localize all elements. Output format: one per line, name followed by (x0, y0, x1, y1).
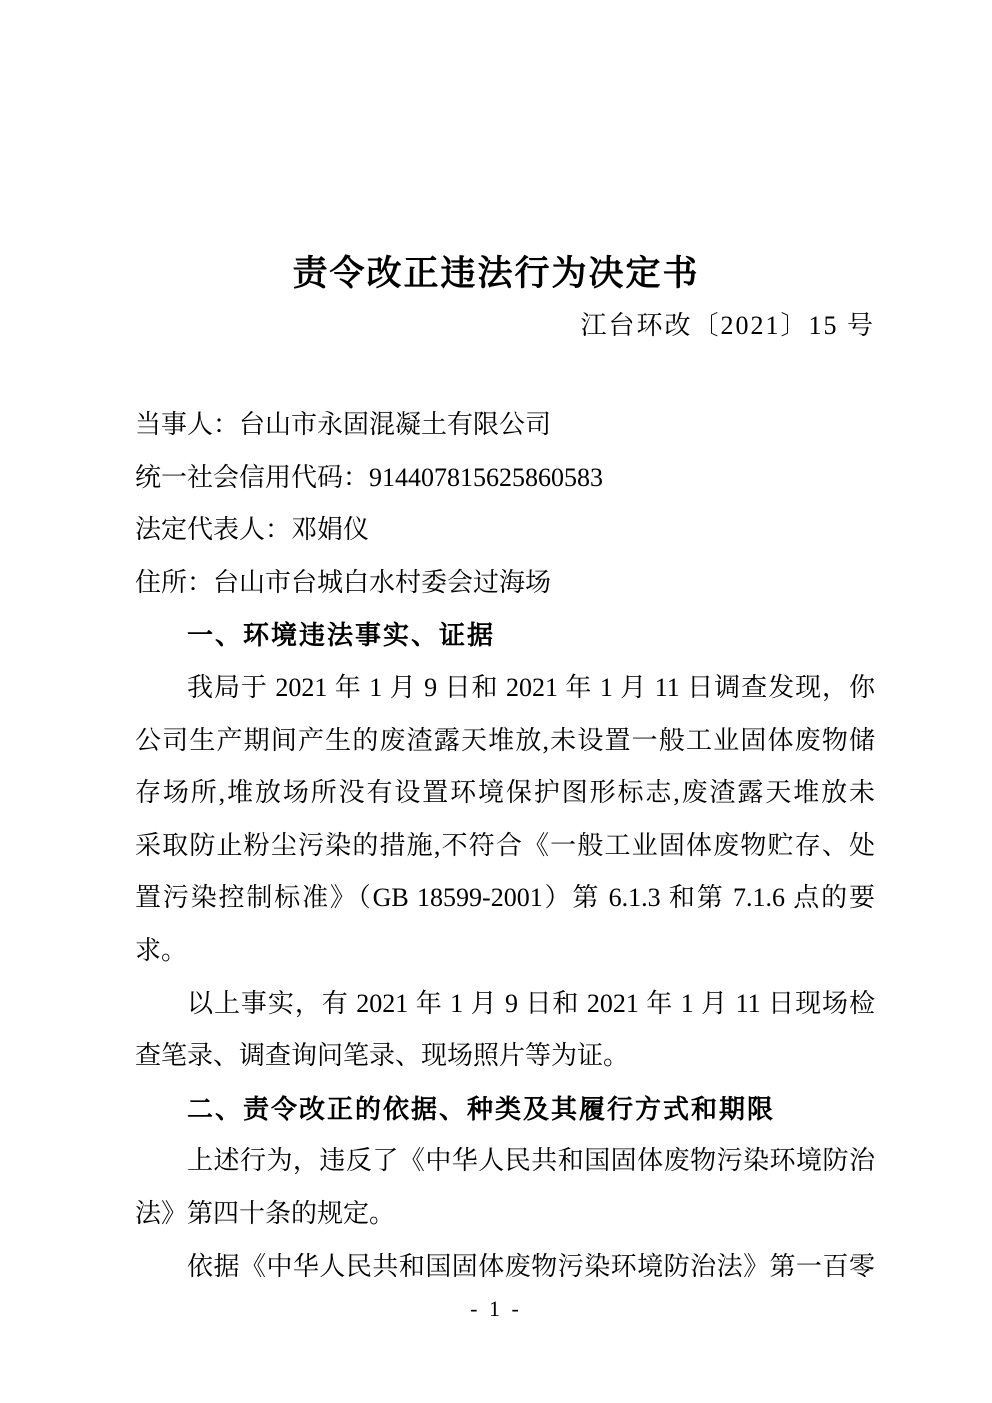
legal-representative-line: 法定代表人：邓娟仪 (135, 504, 875, 557)
document-number: 江台环改〔2021〕15 号 (580, 306, 875, 345)
section-2-para-2-line-1: 依据《中华人民共和国固体废物污染环境防治法》第一百零 (135, 1241, 875, 1294)
address-line: 住所：台山市台城白水村委会过海场 (135, 557, 875, 610)
section-1-para-1-line-5: 置污染控制标准》（GB 18599-2001）第 6.1.3 和第 7.1.6 … (135, 872, 875, 925)
section-1-para-1-line-6: 求。 (135, 925, 875, 978)
document-body: 当事人：台山市永固混凝土有限公司 统一社会信用代码：91440781562586… (135, 399, 875, 1293)
section-2-heading: 二、责令改正的依据、种类及其履行方式和期限 (135, 1083, 875, 1136)
section-1-para-2-line-2: 查笔录、调查询问笔录、现场照片等为证。 (135, 1030, 875, 1083)
section-1-para-1-line-2: 公司生产期间产生的废渣露天堆放,未设置一般工业固体废物储 (135, 715, 875, 768)
section-2-para-1-line-1: 上述行为，违反了《中华人民共和国固体废物污染环境防治 (135, 1135, 875, 1188)
credit-code-line: 统一社会信用代码：914407815625860583 (135, 452, 875, 505)
document-page: 责令改正违法行为决定书 江台环改〔2021〕15 号 当事人：台山市永固混凝土有… (0, 0, 992, 1403)
section-1-para-1-line-4: 采取防止粉尘污染的措施,不符合《一般工业固体废物贮存、处 (135, 820, 875, 873)
section-2-para-1-line-2: 法》第四十条的规定。 (135, 1188, 875, 1241)
section-1-para-2-line-1: 以上事实，有 2021 年 1 月 9 日和 2021 年 1 月 11 日现场… (135, 978, 875, 1031)
document-title: 责令改正违法行为决定书 (0, 251, 992, 297)
page-number: - 1 - (0, 1294, 992, 1324)
section-1-para-1-line-1: 我局于 2021 年 1 月 9 日和 2021 年 1 月 11 日调查发现，… (135, 662, 875, 715)
section-1-heading: 一、环境违法事实、证据 (135, 609, 875, 662)
section-1-para-1-line-3: 存场所,堆放场所没有设置环境保护图形标志,废渣露天堆放未 (135, 767, 875, 820)
party-line: 当事人：台山市永固混凝土有限公司 (135, 399, 875, 452)
